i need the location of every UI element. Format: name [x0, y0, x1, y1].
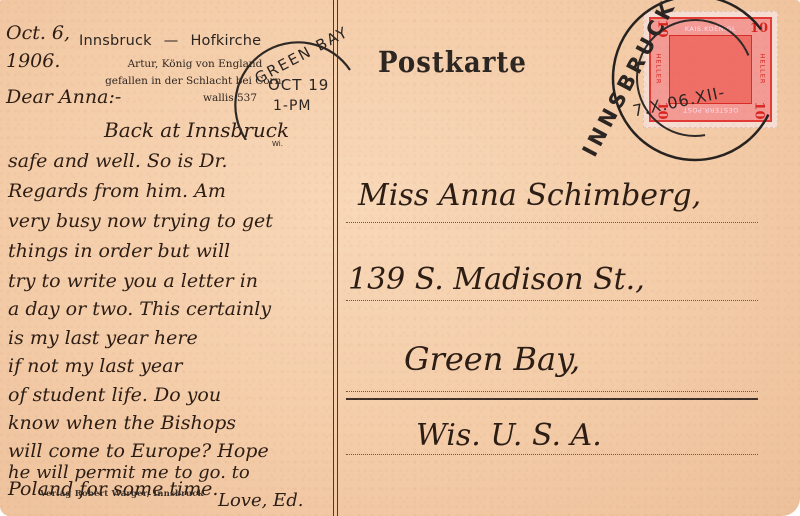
message-line: of student life. Do you: [8, 384, 221, 406]
message-line: Regards from him. Am: [8, 180, 226, 202]
message-salutation: Dear Anna:-: [6, 86, 121, 108]
address-line-3: Green Bay,: [404, 340, 580, 378]
message-line: safe and well. So is Dr.: [8, 150, 228, 172]
message-line: if not my last year: [8, 355, 183, 377]
green-bay-postmark-time: 1-PM: [273, 98, 311, 114]
address-rule: [346, 391, 758, 392]
address-rule: [346, 300, 758, 301]
message-line: a day or two. This certainly: [8, 298, 271, 320]
postcard: Innsbruck—Hofkirche Artur, König von Eng…: [0, 0, 800, 516]
address-line-2: 139 S. Madison St.,: [348, 262, 645, 297]
green-bay-postmark-code: Wi.: [272, 140, 283, 148]
postkarte-heading: Postkarte: [378, 47, 527, 80]
message-line: is my last year here: [8, 327, 198, 349]
message-line: things in order but will: [8, 240, 230, 262]
message-line: very busy now trying to get: [8, 210, 273, 232]
address-rule: [346, 454, 758, 455]
address-divider: [346, 398, 758, 400]
publisher-imprint: Verlag Robert Warger, Innsbruck: [40, 489, 204, 499]
place-name: Innsbruck: [79, 33, 152, 49]
message-signature: Love, Ed.: [218, 490, 303, 511]
message-date-line2: 1906.: [6, 50, 60, 72]
green-bay-postmark-date: OCT 19: [268, 76, 329, 94]
address-line-4: Wis. U. S. A.: [416, 418, 602, 453]
message-line: know when the Bishops: [8, 412, 236, 434]
address-line-1: Miss Anna Schimberg,: [358, 178, 701, 213]
message-line: try to write you a letter in: [8, 270, 258, 292]
message-date-line1: Oct. 6,: [6, 22, 70, 44]
address-rule: [346, 222, 758, 223]
message-line: will come to Europe? Hope: [8, 440, 269, 462]
